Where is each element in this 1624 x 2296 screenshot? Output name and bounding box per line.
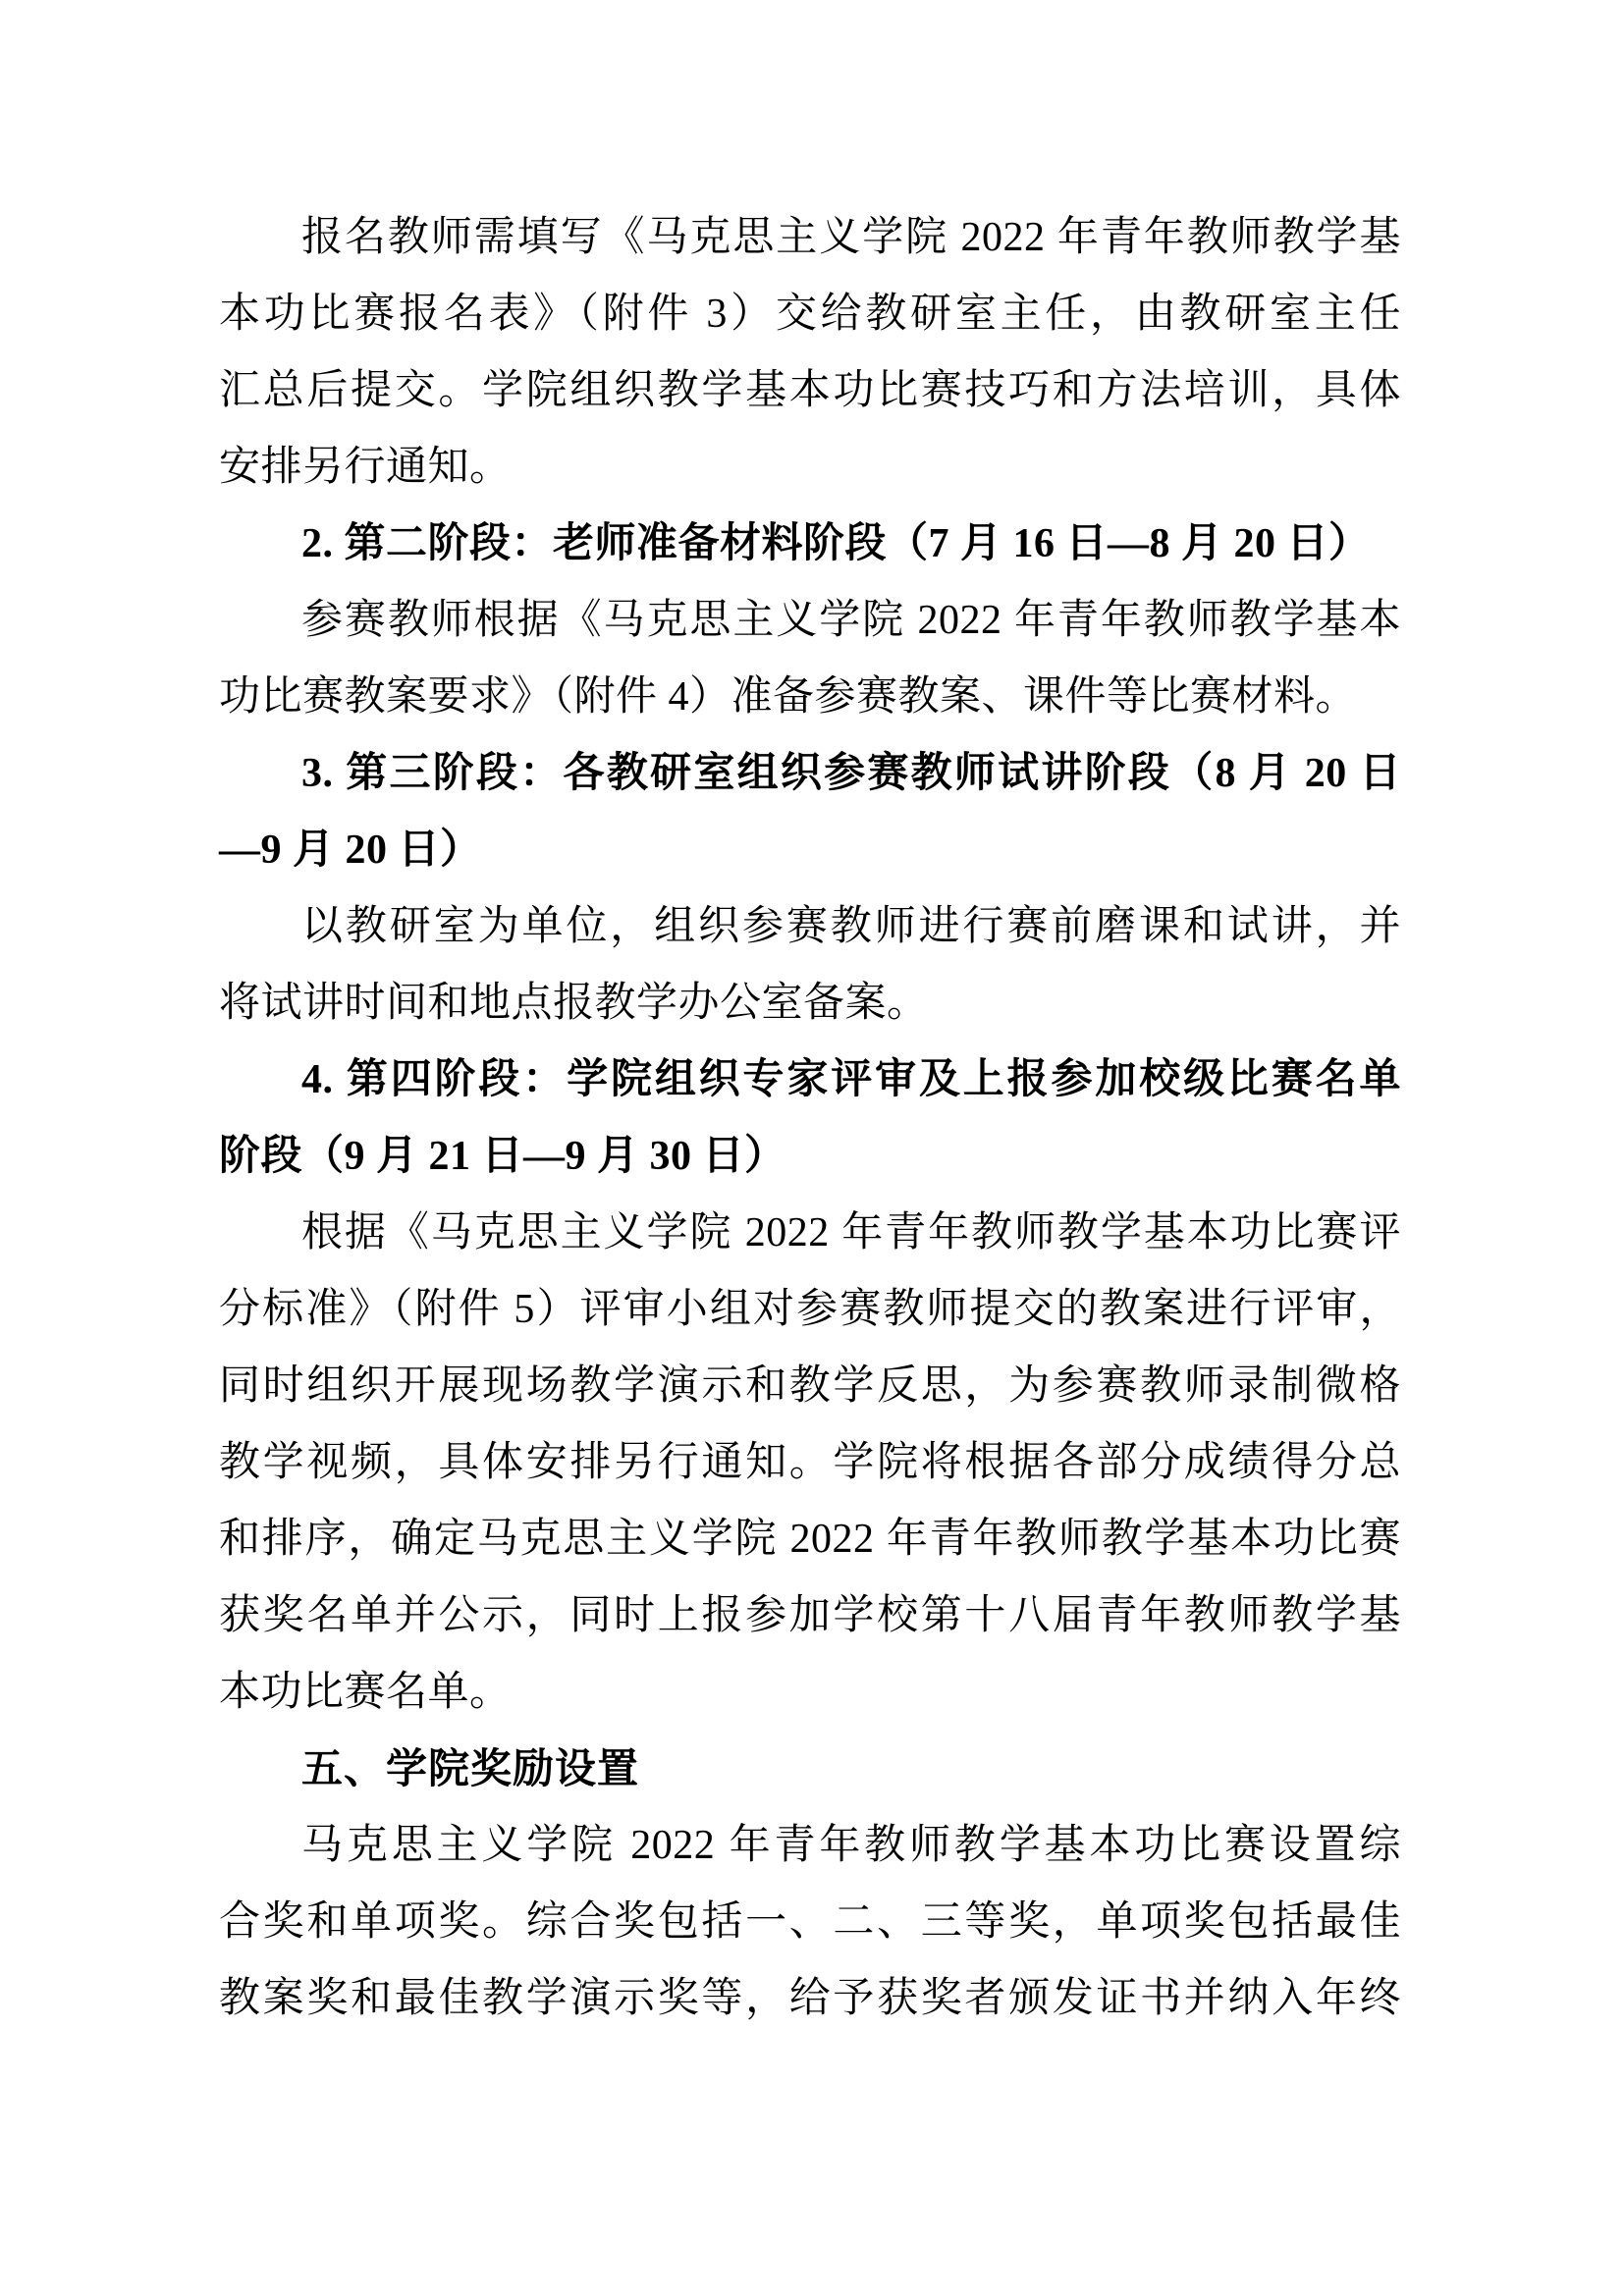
text-line: 2. 第二阶段：老师准备材料阶段（7 月 16 日—8 月 20 日）: [219, 506, 1401, 582]
document-page: 报名教师需填写《马克思主义学院 2022 年青年教师教学基本功比赛报名表》（附件…: [0, 0, 1624, 2296]
text-line: 参赛教师根据《马克思主义学院 2022 年青年教师教学基本: [219, 582, 1401, 659]
text-line: 获奖名单并公示，同时上报参加学校第十八届青年教师教学基: [219, 1577, 1401, 1654]
text-line: 和排序，确定马克思主义学院 2022 年青年教师教学基本功比赛: [219, 1501, 1401, 1577]
text-line: 马克思主义学院 2022 年青年教师教学基本功比赛设置综: [219, 1807, 1401, 1884]
text-line: 教学视频，具体安排另行通知。学院将根据各部分成绩得分总: [219, 1424, 1401, 1501]
document-body: 报名教师需填写《马克思主义学院 2022 年青年教师教学基本功比赛报名表》（附件…: [219, 199, 1401, 2037]
text-line: 五、学院奖励设置: [219, 1731, 1401, 1807]
text-line: 安排另行通知。: [219, 429, 1401, 506]
text-line: 以教研室为单位，组织参赛教师进行赛前磨课和试讲，并: [219, 888, 1401, 965]
text-line: 4. 第四阶段：学院组织专家评审及上报参加校级比赛名单: [219, 1041, 1401, 1118]
text-line: 汇总后提交。学院组织教学基本功比赛技巧和方法培训，具体: [219, 352, 1401, 429]
text-line: —9 月 20 日）: [219, 812, 1401, 888]
text-line: 根据《马克思主义学院 2022 年青年教师教学基本功比赛评: [219, 1195, 1401, 1271]
text-line: 本功比赛名单。: [219, 1654, 1401, 1731]
text-line: 3. 第三阶段：各教研室组织参赛教师试讲阶段（8 月 20 日: [219, 735, 1401, 812]
text-line: 合奖和单项奖。综合奖包括一、二、三等奖，单项奖包括最佳: [219, 1884, 1401, 1960]
text-line: 阶段（9 月 21 日—9 月 30 日）: [219, 1118, 1401, 1195]
text-line: 教案奖和最佳教学演示奖等，给予获奖者颁发证书并纳入年终: [219, 1960, 1401, 2037]
text-line: 本功比赛报名表》（附件 3）交给教研室主任，由教研室主任: [219, 276, 1401, 352]
text-line: 功比赛教案要求》（附件 4）准备参赛教案、课件等比赛材料。: [219, 659, 1401, 735]
text-line: 报名教师需填写《马克思主义学院 2022 年青年教师教学基: [219, 199, 1401, 276]
text-line: 分标准》（附件 5）评审小组对参赛教师提交的教案进行评审，: [219, 1271, 1401, 1348]
text-line: 将试讲时间和地点报教学办公室备案。: [219, 965, 1401, 1041]
text-line: 同时组织开展现场教学演示和教学反思，为参赛教师录制微格: [219, 1348, 1401, 1424]
